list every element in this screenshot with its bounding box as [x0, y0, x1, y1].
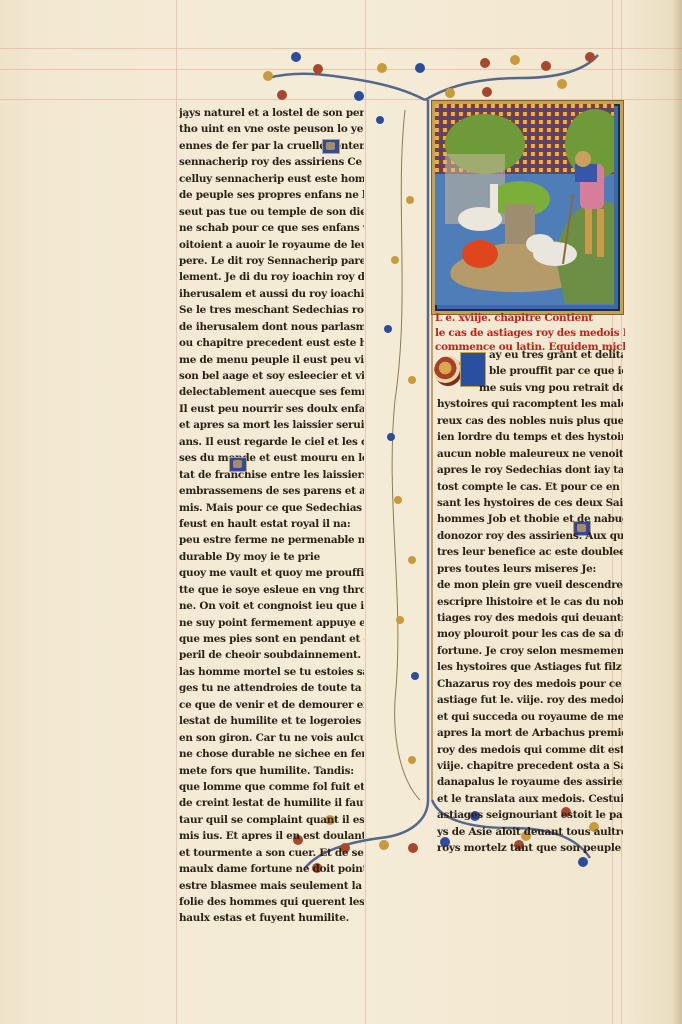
text-line: et qui succeda ou royaume de medie	[437, 709, 623, 725]
text-line: ien lordre du temps et des hystoires	[437, 429, 623, 445]
text-line: me de menu peuple il eust peu viure	[179, 352, 364, 368]
miniature-painting	[432, 101, 623, 314]
left-text-column: ja̧ys naturel et a lostel de son pere et…	[179, 105, 364, 927]
text-line: et le translata aux medois. Cestui	[437, 791, 623, 807]
text-line: tho uint en vne oste peuson lo ye de cha…	[179, 121, 364, 137]
text-line: ne schab pour ce que ses enfans vou	[179, 220, 364, 236]
text-line: ja̧ys naturel et a lostel de son pere et…	[179, 105, 364, 121]
decorated-initial	[322, 139, 340, 154]
text-line: danapalus le royaume des assiriens	[437, 774, 623, 790]
text-line: roys mortelz tant que son peuple fu	[437, 840, 623, 856]
text-line: pere. Le dit roy Sennacherip pareil	[179, 253, 364, 269]
text-line: ne suy point fermement appuye et	[179, 615, 364, 631]
text-line: hystoires qui racomptent les maleu	[437, 396, 623, 412]
text-line: seut pas tue ou temple de son dieu:	[179, 204, 364, 220]
decorated-initial	[229, 457, 247, 472]
text-line: embrassemens de ses parens et a	[179, 483, 364, 499]
text-line: ce que de venir et de demourer en	[179, 697, 364, 713]
text-line: de peuple ses propres enfans ne leus	[179, 187, 364, 203]
text-line: peril de cheoir soubdainnement. He	[179, 647, 364, 663]
text-line: pres toutes leurs miseres Je:	[437, 561, 623, 577]
text-line: tat de franchise entre les laissiers et	[179, 467, 364, 483]
text-line: escripre lhistoire et le cas du noble as	[437, 594, 623, 610]
text-line: feust en hault estat royal il na:	[179, 516, 364, 532]
text-line: fortune. Je croy selon mesmement	[437, 643, 623, 659]
text-line: tiages roy des medois qui deuant:	[437, 610, 623, 626]
text-line: ses du monde et eust mouru en les	[179, 450, 364, 466]
text-line: donozor roy des assiriens. Aux quiest	[437, 528, 623, 544]
rubric-line: L e. xviije. chapitre Contient	[435, 311, 625, 326]
text-line: mete fors que humilite. Tandis:	[179, 763, 364, 779]
text-line: Il eust peu nourrir ses doulx enfans	[179, 401, 364, 417]
text-line: tres leur benefice ac este doublee a	[437, 544, 623, 560]
text-line: las homme mortel se tu estoies sai	[179, 664, 364, 680]
text-line: ay eu tres grant et delita	[437, 347, 623, 363]
text-line: reux cas des nobles nuis plus que se	[437, 413, 623, 429]
text-line: apres la mort de Arbachus premier	[437, 725, 623, 741]
text-line: que lomme que comme fol fuit et	[179, 779, 364, 795]
text-line: delectablement auecque ses femmes	[179, 384, 364, 400]
text-line: mis. Mais pour ce que Sedechias	[179, 500, 364, 516]
text-line: roy des medois qui comme dit est ou	[437, 742, 623, 758]
text-line: mis ius. Et apres il en est doulant	[179, 828, 364, 844]
right-text-column: ay eu tres grant et delita ble prouffit …	[437, 347, 623, 857]
manuscript-page: ja̧ys naturel et a lostel de son pere et…	[0, 0, 682, 1024]
text-line: oitoient a auoir le royaume de leur	[179, 237, 364, 253]
text-line: de creint lestat de humilite il faut:	[179, 795, 364, 811]
text-line: folie des hommes qui querent les	[179, 894, 364, 910]
text-line: tost compte le cas. Et pour ce en delais	[437, 479, 623, 495]
text-line: lestat de humilite et te logeroies	[179, 713, 364, 729]
text-line: me suis vng pou retrait des	[437, 380, 623, 396]
text-line: ys de Asie aloit deuant tous aultres	[437, 824, 623, 840]
text-line: ne. On voit et congnoist ieu que ie	[179, 598, 364, 614]
text-line: iherusalem et aussi du roy ioachin:	[179, 286, 364, 302]
text-line: maulx dame fortune ne doit point:	[179, 861, 364, 877]
text-line: durable Dy moy ie te prie	[179, 549, 364, 565]
text-line: ne chose durable ne sichee en fer	[179, 746, 364, 762]
text-line: que mes pies sont en pendant et en	[179, 631, 364, 647]
text-line: estre blasmee mais seulement la	[179, 878, 364, 894]
text-line: tte que ie soye esleue en vng throo	[179, 582, 364, 598]
text-line: taur quil se complaint quant il est:	[179, 812, 364, 828]
text-line: quoy me vault et quoy me prouffi	[179, 565, 364, 581]
text-line: peu estre ferme ne permenable ne	[179, 532, 364, 548]
text-line: sant les hystoires de ces deux Sains	[437, 495, 623, 511]
text-line: sennacherip roy des assiriens Ce	[179, 154, 364, 170]
text-line: en son giron. Car tu ne vois aulcu	[179, 730, 364, 746]
text-line: astiages seignouriant estoit le pa	[437, 807, 623, 823]
text-line: et tourmente a son cuer. Et de ses	[179, 845, 364, 861]
text-line: ble prouffit par ce que ie:	[437, 363, 623, 379]
text-line: ges tu ne attendroies de toute ta for	[179, 680, 364, 696]
text-line: et apres sa mort les laissier seruir	[179, 417, 364, 433]
text-line: les hystoires que Astiages fut filz de	[437, 659, 623, 675]
text-line: hommes Job et thobie et de nabugo	[437, 511, 623, 527]
text-line: viije. chapitre precedent osta a Sar	[437, 758, 623, 774]
text-line: celluy sennacherip eust este homme	[179, 171, 364, 187]
text-line: aucun noble maleureux ne venoit	[437, 446, 623, 462]
rubric-line: le cas de astiages roy des medois Et	[435, 326, 625, 341]
text-line: moy plouroit pour les cas de sa dure	[437, 626, 623, 642]
text-line: ou chapitre precedent eust este hom	[179, 335, 364, 351]
text-line: Se le tres meschant Sedechias roy	[179, 302, 364, 318]
text-line: de mon plein gre vueil descendre a	[437, 577, 623, 593]
text-line: lement. Je di du roy ioachin roy de:	[179, 269, 364, 285]
text-line: de iherusalem dont nous parlasmes	[179, 319, 364, 335]
text-line: haulx estas et fuyent humilite.	[179, 910, 364, 926]
text-line: astiage fut le. viije. roy des medois	[437, 692, 623, 708]
text-line: apres le roy Sedechias dont iay tan	[437, 462, 623, 478]
text-line: ans. Il eust regarde le ciel et les cho	[179, 434, 364, 450]
text-line: Chazarus roy des medois pour ce que	[437, 676, 623, 692]
text-line: son bel aage et soy esleecier et viure	[179, 368, 364, 384]
